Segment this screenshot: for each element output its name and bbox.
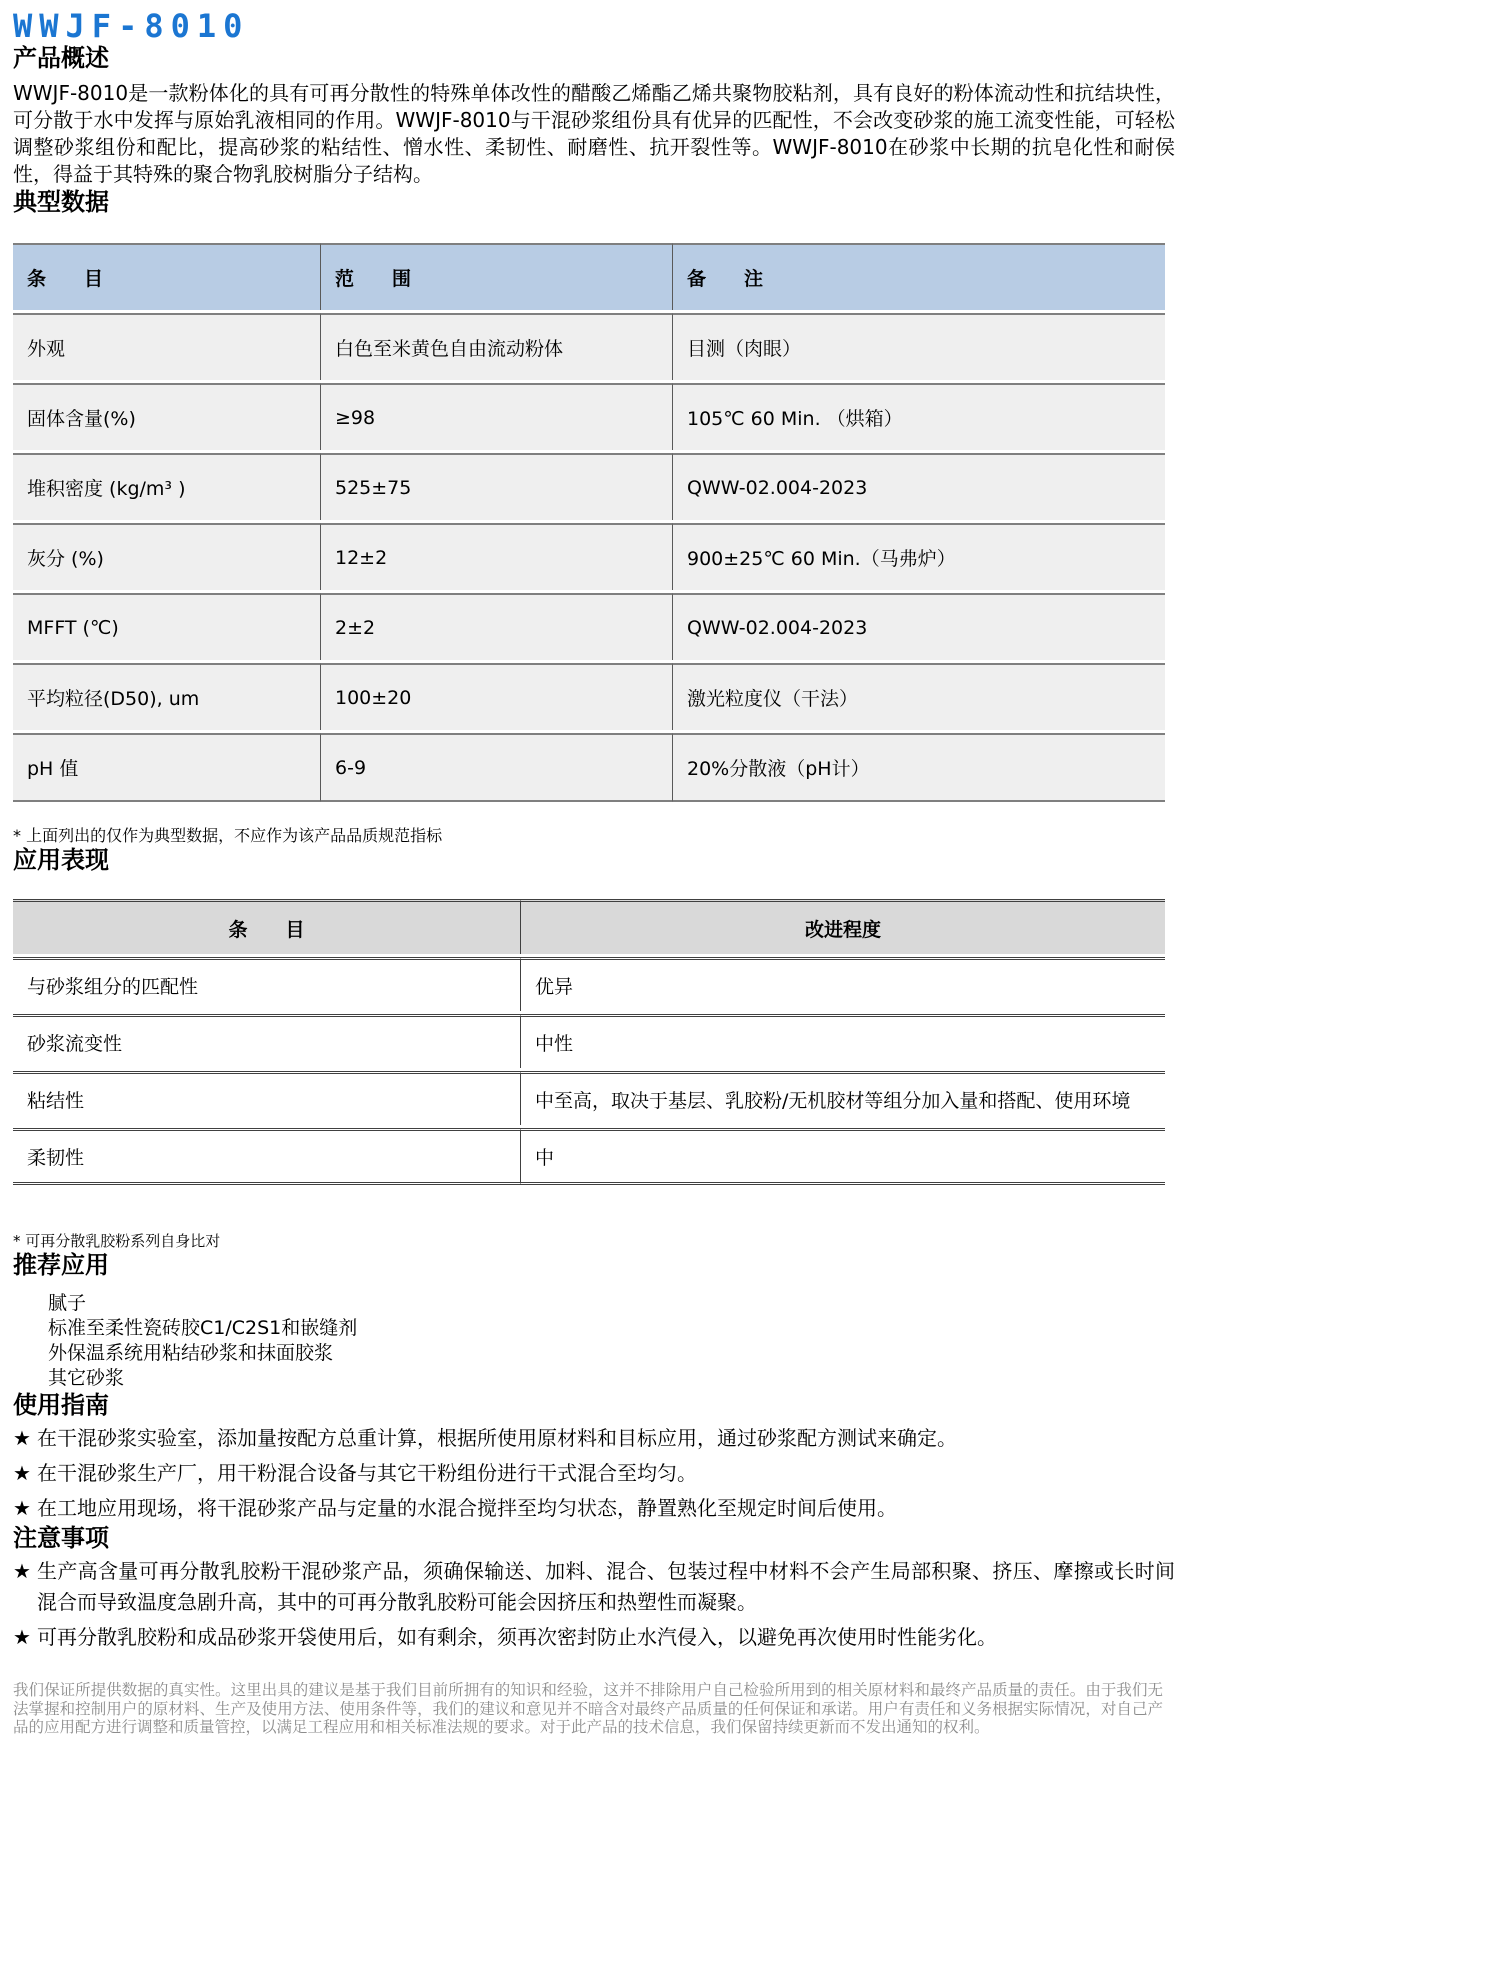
- cell-item: 粘结性: [13, 1071, 520, 1125]
- overview-paragraph: WWJF-8010是一款粉体化的具有可再分散性的特殊单体改性的醋酸乙烯酯乙烯共聚…: [13, 80, 1175, 188]
- cell-remark: QWW-02.004-2023: [672, 453, 1165, 520]
- section-typical-data: 典型数据 条 目 范 围 备 注 外观 白色至米黄色自由流动粉体 目测（肉眼） …: [13, 188, 1175, 846]
- table-row: 灰分 (%) 12±2 900±25℃ 60 Min.（马弗炉）: [13, 523, 1165, 590]
- cell-item: 砂浆流变性: [13, 1014, 520, 1068]
- usage-guide-text: 在干混砂浆实验室，添加量按配方总重计算，根据所使用原材料和目标应用，通过砂浆配方…: [37, 1423, 1175, 1454]
- cell-remark: 激光粒度仪（干法）: [672, 663, 1165, 730]
- section-usage-guide: 使用指南 ★ 在干混砂浆实验室，添加量按配方总重计算，根据所使用原材料和目标应用…: [13, 1391, 1175, 1524]
- star-bullet-icon: ★: [13, 1423, 37, 1454]
- cell-item: 与砂浆组分的匹配性: [13, 957, 520, 1011]
- cell-range: 12±2: [320, 523, 672, 590]
- cell-improvement: 优异: [520, 957, 1165, 1011]
- application-performance-heading: 应用表现: [13, 846, 1175, 874]
- star-bullet-icon: ★: [13, 1556, 37, 1618]
- cell-improvement: 中至高，取决于基层、乳胶粉/无机胶材等组分加入量和搭配、使用环境: [520, 1071, 1165, 1125]
- star-bullet-icon: ★: [13, 1622, 37, 1653]
- table-row: pH 值 6-9 20%分散液（pH计）: [13, 733, 1165, 802]
- cell-item: 外观: [13, 313, 320, 380]
- list-item: 其它砂浆: [48, 1366, 1175, 1391]
- usage-guide-text: 在干混砂浆生产厂，用干粉混合设备与其它干粉组份进行干式混合至均匀。: [37, 1458, 1175, 1489]
- section-overview: 产品概述 WWJF-8010是一款粉体化的具有可再分散性的特殊单体改性的醋酸乙烯…: [13, 44, 1175, 188]
- precaution-text: 可再分散乳胶粉和成品砂浆开袋使用后，如有剩余，须再次密封防止水汽侵入，以避免再次…: [37, 1622, 1175, 1653]
- usage-guide-item: ★ 在干混砂浆实验室，添加量按配方总重计算，根据所使用原材料和目标应用，通过砂浆…: [13, 1423, 1175, 1454]
- typical-data-table: 条 目 范 围 备 注 外观 白色至米黄色自由流动粉体 目测（肉眼） 固体含量(…: [13, 240, 1165, 805]
- product-title: WWJF-8010: [13, 8, 1175, 44]
- precaution-text: 生产高含量可再分散乳胶粉干混砂浆产品，须确保输送、加料、混合、包装过程中材料不会…: [37, 1556, 1175, 1618]
- disclaimer-paragraph: 我们保证所提供数据的真实性。这里出具的建议是基于我们目前所拥有的知识和经验，这并…: [13, 1681, 1163, 1737]
- cell-range: ≥98: [320, 383, 672, 450]
- section-precautions: 注意事项 ★ 生产高含量可再分散乳胶粉干混砂浆产品，须确保输送、加料、混合、包装…: [13, 1524, 1175, 1653]
- recommended-applications-list: 腻子 标准至柔性瓷砖胶C1/C2S1和嵌缝剂 外保温系统用粘结砂浆和抹面胶浆 其…: [13, 1291, 1175, 1391]
- usage-guide-item: ★ 在干混砂浆生产厂，用干粉混合设备与其它干粉组份进行干式混合至均匀。: [13, 1458, 1175, 1489]
- list-item: 外保温系统用粘结砂浆和抹面胶浆: [48, 1341, 1175, 1366]
- table-row: 粘结性 中至高，取决于基层、乳胶粉/无机胶材等组分加入量和搭配、使用环境: [13, 1071, 1165, 1125]
- table-row: 堆积密度 (kg/m³ ) 525±75 QWW-02.004-2023: [13, 453, 1165, 520]
- table-row: MFFT (℃) 2±2 QWW-02.004-2023: [13, 593, 1165, 660]
- star-bullet-icon: ★: [13, 1493, 37, 1524]
- datasheet-page: WWJF-8010 产品概述 WWJF-8010是一款粉体化的具有可再分散性的特…: [0, 0, 1175, 1737]
- cell-range: 6-9: [320, 733, 672, 802]
- perf-col-improvement: 改进程度: [520, 899, 1165, 954]
- usage-guide-text: 在工地应用现场，将干混砂浆产品与定量的水混合搅拌至均匀状态，静置熟化至规定时间后…: [37, 1493, 1175, 1524]
- cell-range: 白色至米黄色自由流动粉体: [320, 313, 672, 380]
- table-row: 平均粒径(D50), um 100±20 激光粒度仪（干法）: [13, 663, 1165, 730]
- typical-col-remark: 备 注: [672, 243, 1165, 310]
- cell-item: MFFT (℃): [13, 593, 320, 660]
- section-recommended-applications: 推荐应用 腻子 标准至柔性瓷砖胶C1/C2S1和嵌缝剂 外保温系统用粘结砂浆和抹…: [13, 1251, 1175, 1391]
- perf-col-item: 条 目: [13, 899, 520, 954]
- typical-col-item: 条 目: [13, 243, 320, 310]
- table-row: 柔韧性 中: [13, 1128, 1165, 1185]
- perf-header-row: 条 目 改进程度: [13, 899, 1165, 954]
- application-performance-table: 条 目 改进程度 与砂浆组分的匹配性 优异 砂浆流变性 中性 粘结性 中至高，取…: [13, 896, 1165, 1188]
- application-performance-footnote: * 可再分散乳胶粉系列自身比对: [13, 1230, 1175, 1251]
- usage-guide-heading: 使用指南: [13, 1391, 1175, 1419]
- cell-range: 100±20: [320, 663, 672, 730]
- cell-remark: 20%分散液（pH计）: [672, 733, 1165, 802]
- cell-item: 平均粒径(D50), um: [13, 663, 320, 730]
- cell-item: 堆积密度 (kg/m³ ): [13, 453, 320, 520]
- typical-data-heading: 典型数据: [13, 188, 1175, 216]
- typical-data-footnote: * 上面列出的仅作为典型数据，不应作为该产品品质规范指标: [13, 823, 1175, 846]
- usage-guide-item: ★ 在工地应用现场，将干混砂浆产品与定量的水混合搅拌至均匀状态，静置熟化至规定时…: [13, 1493, 1175, 1524]
- table-row: 砂浆流变性 中性: [13, 1014, 1165, 1068]
- precaution-item: ★ 生产高含量可再分散乳胶粉干混砂浆产品，须确保输送、加料、混合、包装过程中材料…: [13, 1556, 1175, 1618]
- cell-remark: 目测（肉眼）: [672, 313, 1165, 380]
- table-row: 与砂浆组分的匹配性 优异: [13, 957, 1165, 1011]
- precautions-heading: 注意事项: [13, 1524, 1175, 1552]
- cell-range: 525±75: [320, 453, 672, 520]
- precaution-item: ★ 可再分散乳胶粉和成品砂浆开袋使用后，如有剩余，须再次密封防止水汽侵入，以避免…: [13, 1622, 1175, 1653]
- cell-improvement: 中性: [520, 1014, 1165, 1068]
- typical-header-row: 条 目 范 围 备 注: [13, 243, 1165, 310]
- cell-item: 灰分 (%): [13, 523, 320, 590]
- cell-remark: QWW-02.004-2023: [672, 593, 1165, 660]
- overview-heading: 产品概述: [13, 44, 1175, 72]
- cell-range: 2±2: [320, 593, 672, 660]
- typical-col-range: 范 围: [320, 243, 672, 310]
- cell-remark: 900±25℃ 60 Min.（马弗炉）: [672, 523, 1165, 590]
- section-application-performance: 应用表现 条 目 改进程度 与砂浆组分的匹配性 优异 砂浆流变性 中性: [13, 846, 1175, 1251]
- recommended-applications-heading: 推荐应用: [13, 1251, 1175, 1279]
- cell-item: pH 值: [13, 733, 320, 802]
- cell-remark: 105℃ 60 Min. （烘箱）: [672, 383, 1165, 450]
- list-item: 腻子: [48, 1291, 1175, 1316]
- table-row: 外观 白色至米黄色自由流动粉体 目测（肉眼）: [13, 313, 1165, 380]
- cell-item: 柔韧性: [13, 1128, 520, 1185]
- cell-item: 固体含量(%): [13, 383, 320, 450]
- list-item: 标准至柔性瓷砖胶C1/C2S1和嵌缝剂: [48, 1316, 1175, 1341]
- cell-improvement: 中: [520, 1128, 1165, 1185]
- table-row: 固体含量(%) ≥98 105℃ 60 Min. （烘箱）: [13, 383, 1165, 450]
- star-bullet-icon: ★: [13, 1458, 37, 1489]
